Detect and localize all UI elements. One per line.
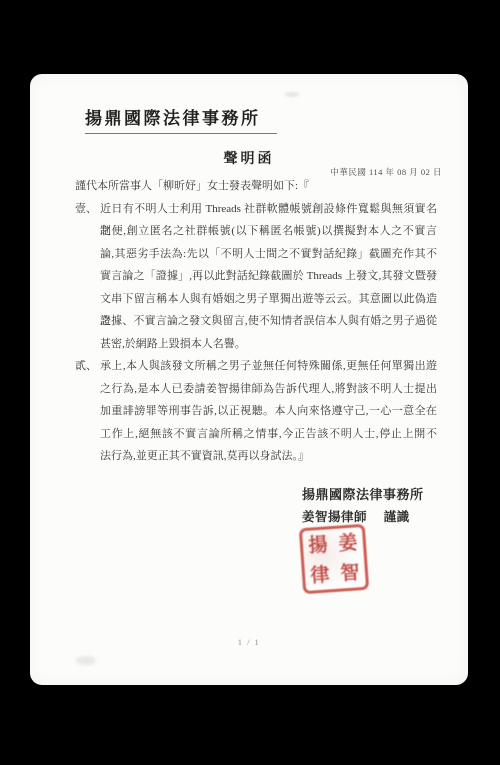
paragraph-two-label: 貳、: [75, 355, 97, 378]
body-text-line: 近日有不明人士利用 Threads 社群軟體帳號創設條件寬鬆與無須實名制: [100, 198, 437, 221]
paragraph-one-lines: 近日有不明人士利用 Threads 社群軟體帳號創設條件寬鬆與無須實名制 之便,…: [100, 198, 437, 356]
scan-artifact: [285, 92, 299, 97]
document-title: 聲明函: [30, 148, 468, 168]
body-text-line: 加重誹謗罪等刑事告訴,以正視聽。本人向來恪遵守己,一心一意全在: [100, 400, 437, 423]
body-text-line: 甚密,於網路上毀損本人名譽。: [100, 333, 437, 356]
body-text-line: 證據、不實言論之發文與留言,使不知情者誤信本人與有婚之男子過從: [100, 310, 437, 333]
seal-character: 律: [310, 565, 330, 585]
body-text-line: 之行為,是本人已委請姜智揚律師為告訴代理人,將對該不明人士提出: [100, 378, 437, 401]
body-text-line: 法行為,並更正其不實資訊,莫再以身試法。』: [100, 445, 437, 468]
viewer-background: 揚鼎國際法律事務所 聲明函 中華民國 114 年 08 月 02 日 謹代本所當…: [0, 0, 500, 765]
signature-lawyer-name: 姜智揚律師: [302, 510, 367, 524]
document-body: 謹代本所當事人「柳昕妤」女士發表聲明如下:『 壹、 近日有不明人士利用 Thre…: [75, 175, 437, 468]
body-text-line: 工作上,絕無該不實言論所稱之情事,今正告該不明人士,停止上開不: [100, 423, 437, 446]
paragraph-one-label: 壹、: [75, 198, 97, 221]
paragraph-one: 壹、 近日有不明人士利用 Threads 社群軟體帳號創設條件寬鬆與無須實名制 …: [75, 198, 437, 356]
scan-artifact: [76, 656, 96, 665]
paragraph-two-lines: 承上,本人與該發文所稱之男子並無任何特殊關係,更無任何單獨出遊 之行為,是本人已…: [100, 355, 437, 468]
signature-firm-name: 揚鼎國際法律事務所: [302, 483, 424, 506]
body-text-line: 文串下留言稱本人與有婚姻之男子單獨出遊等云云。其意圖以此偽造之: [100, 288, 437, 311]
lawyer-seal-stamp-icon: 揚 姜 律 智: [299, 524, 369, 594]
signature-honorific: 謹識: [384, 506, 410, 529]
body-text-line: 論,其惡劣手法為:先以「不明人士間之不實對話紀錄」截圖充作其不: [100, 243, 437, 266]
signature-block: 揚鼎國際法律事務所 姜智揚律師 謹識: [302, 483, 424, 529]
body-text-line: 實言論之「證據」,再以此對話紀錄截圖於 Threads 上發文,其發文暨發: [100, 265, 437, 288]
seal-character: 揚: [308, 535, 328, 555]
body-text-line: 承上,本人與該發文所稱之男子並無任何特殊關係,更無任何單獨出遊: [100, 355, 437, 378]
page-number: 1 / 1: [30, 637, 468, 647]
document-page: 揚鼎國際法律事務所 聲明函 中華民國 114 年 08 月 02 日 謹代本所當…: [30, 74, 468, 685]
statement-intro-line: 謹代本所當事人「柳昕妤」女士發表聲明如下:『: [75, 175, 437, 198]
letterhead-firm-name: 揚鼎國際法律事務所: [85, 104, 277, 134]
seal-character: 姜: [338, 533, 358, 553]
body-text-line: 之便,創立匿名之社群帳號(以下稱匿名帳號)以撰擬對本人之不實言: [100, 220, 437, 243]
seal-character: 智: [340, 563, 360, 583]
paragraph-two: 貳、 承上,本人與該發文所稱之男子並無任何特殊關係,更無任何單獨出遊 之行為,是…: [75, 355, 437, 468]
